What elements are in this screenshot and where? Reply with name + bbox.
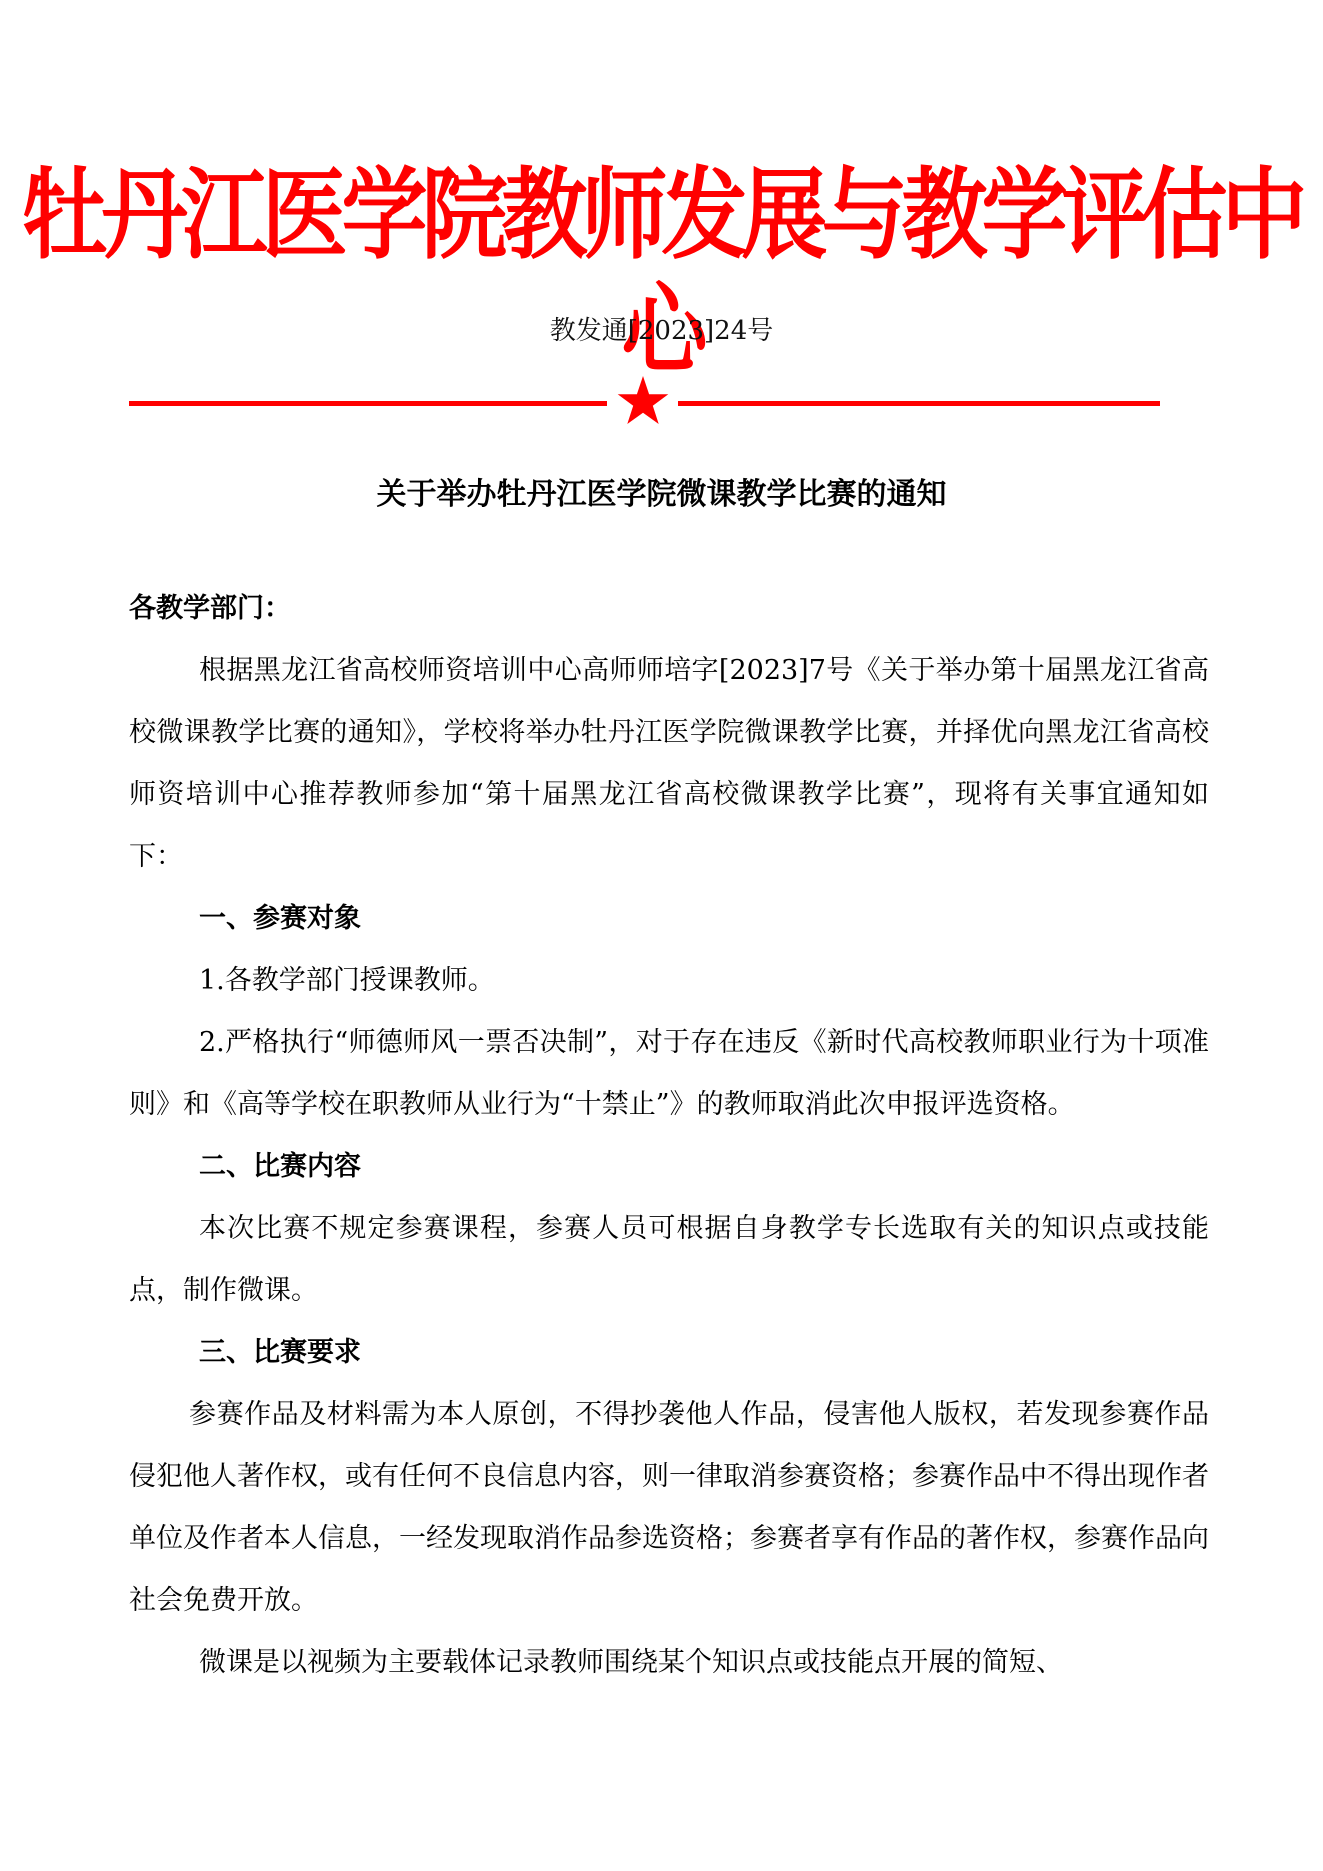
letterhead-divider-right xyxy=(678,401,1160,406)
section-paragraph: 2.严格执行“师德师风一票否决制”，对于存在违反《新时代高校教师职业行为十项准则… xyxy=(129,1012,1209,1136)
intro-paragraph: 根据黑龙江省高校师资培训中心高师师培字[2023]7号《关于举办第十届黑龙江省高… xyxy=(129,640,1209,888)
section-paragraph: 本次比赛不规定参赛课程，参赛人员可根据自身教学专长选取有关的知识点或技能点，制作… xyxy=(129,1198,1209,1322)
letterhead-divider-left xyxy=(129,401,607,406)
section-paragraph: 微课是以视频为主要载体记录教师围绕某个知识点或技能点开展的简短、 xyxy=(129,1632,1209,1694)
section-paragraph: 1.各教学部门授课教师。 xyxy=(129,950,1209,1012)
section-heading-content: 二、比赛内容 xyxy=(129,1136,1209,1198)
org-letterhead-title: 牡丹江医学院教师发展与教学评估中心 xyxy=(0,158,1323,388)
red-star-icon xyxy=(617,376,669,426)
section-heading-requirements: 三、比赛要求 xyxy=(129,1322,1209,1384)
notice-title: 关于举办牡丹江医学院微课教学比赛的通知 xyxy=(0,473,1323,517)
document-number: 教发通[2023]24号 xyxy=(0,313,1323,349)
section-heading-participants: 一、参赛对象 xyxy=(129,888,1209,950)
section-paragraph: 参赛作品及材料需为本人原创，不得抄袭他人作品，侵害他人版权，若发现参赛作品侵犯他… xyxy=(129,1384,1209,1632)
notice-body: 各教学部门： 根据黑龙江省高校师资培训中心高师师培字[2023]7号《关于举办第… xyxy=(129,578,1209,1694)
salutation: 各教学部门： xyxy=(129,578,1209,640)
